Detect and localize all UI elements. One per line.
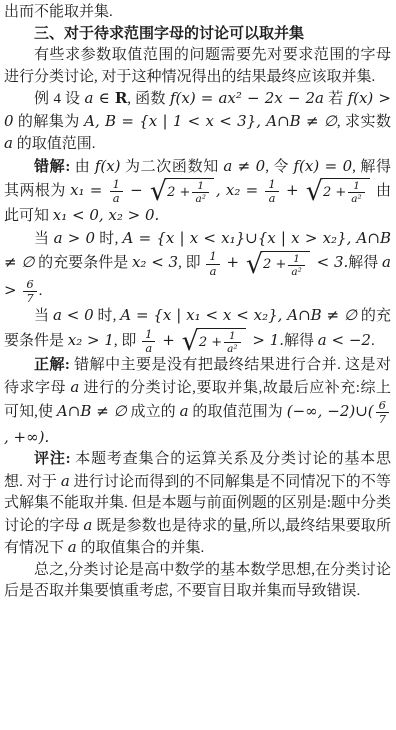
fraction: 67 bbox=[376, 399, 389, 426]
math-text: 2 + bbox=[323, 182, 346, 204]
body-text: 三、对于待求范围字母的讨论可以取并集 bbox=[34, 26, 304, 42]
body-text: 总之,分类讨论是高中数学的基本数学思想,在分类讨论后是否取并集要慎重考虑, 不要… bbox=[4, 562, 391, 600]
fraction: 67 bbox=[23, 278, 36, 305]
case-a-positive-paragraph: 当 a > 0 时, A = {x | x < x₁}∪{x | x > x₂}… bbox=[4, 228, 391, 305]
example-paragraph: 例 4 设 a ∈ R, 函数 f(x) = ax² − 2x − 2a 若 f… bbox=[4, 88, 391, 156]
body-text: 时, bbox=[95, 231, 123, 247]
math-text: f(x) bbox=[95, 157, 121, 175]
body-text: , 即 bbox=[178, 256, 204, 272]
math-text: , +∞). bbox=[4, 428, 49, 446]
correct-solution-paragraph: 正解: 错解中主要是没有把最终结果进行合并. 这是对待求字母 a 进行的分类讨论… bbox=[4, 355, 391, 449]
sqrt-expression: √2 + 1a² bbox=[182, 328, 246, 355]
body-text: 出而不能取并集. bbox=[4, 4, 113, 20]
fraction-denominator: 7 bbox=[376, 413, 389, 426]
math-text: x₁ < 0, x₂ > 0. bbox=[53, 206, 160, 224]
fraction: 1a² bbox=[348, 180, 364, 205]
math-text: < 3. bbox=[312, 254, 348, 272]
math-text: x₂ > 1 bbox=[68, 331, 114, 349]
body-text: . bbox=[39, 283, 43, 299]
body-text: 的取值范围为 bbox=[189, 404, 287, 420]
fraction-numerator: 1 bbox=[288, 253, 304, 266]
body-text: . bbox=[371, 333, 375, 349]
body-text: 解得 bbox=[348, 256, 382, 272]
bold-label: 错解: bbox=[34, 159, 70, 175]
math-text: x₂ < 3 bbox=[132, 254, 178, 272]
math-text: 2 + bbox=[167, 182, 190, 204]
body-text: 成立的 bbox=[127, 404, 180, 420]
fraction-denominator: a bbox=[110, 192, 123, 205]
math-text: a bbox=[68, 538, 77, 556]
body-text: , 函数 bbox=[127, 91, 170, 107]
bold-label: 正解: bbox=[34, 357, 70, 373]
math-text: + bbox=[157, 331, 179, 349]
math-text: + bbox=[222, 254, 244, 272]
sqrt-expression: √2 + 1a² bbox=[306, 178, 370, 205]
fraction: 1a bbox=[265, 178, 278, 205]
case-a-negative-paragraph: 当 a < 0 时, A = {x | x₁ < x < x₂}, A∩B ≠ … bbox=[4, 305, 391, 355]
fraction-numerator: 1 bbox=[110, 178, 123, 192]
math-text: a bbox=[70, 378, 79, 396]
body-text: 为二次函数知 bbox=[121, 159, 224, 175]
document-page: 出而不能取并集.三、对于待求范围字母的讨论可以取并集有些求参数取值范围的问题需要… bbox=[0, 0, 396, 730]
summary-paragraph: 总之,分类讨论是高中数学的基本数学思想,在分类讨论后是否取并集要慎重考虑, 不要… bbox=[4, 560, 391, 603]
radicand: 2 + 1a² bbox=[197, 328, 246, 355]
fraction-denominator: 7 bbox=[23, 292, 36, 305]
body-text: 的解集为 bbox=[14, 114, 85, 130]
math-text: A, B = {x | 1 < x < 3}, A∩B ≠ ∅ bbox=[84, 112, 337, 130]
fraction-denominator: a bbox=[206, 265, 219, 278]
math-text: R bbox=[115, 89, 127, 107]
intro-paragraph: 有些求参数取值范围的问题需要先对要求范围的字母进行分类讨论, 对于这种情况得出的… bbox=[4, 45, 391, 88]
body-text: , 即 bbox=[114, 333, 140, 349]
math-text: a < −2 bbox=[318, 331, 371, 349]
bold-label: 评注: bbox=[34, 451, 71, 467]
fraction: 1a² bbox=[192, 180, 208, 205]
math-text: + bbox=[281, 181, 304, 199]
radicand: 2 + 1a² bbox=[261, 251, 310, 278]
math-text: x₁ = bbox=[70, 181, 108, 199]
math-text: > 1. bbox=[248, 331, 284, 349]
fraction-numerator: 1 bbox=[142, 328, 155, 342]
math-text: A = {x | x₁ < x < x₂}, A∩B ≠ ∅ bbox=[120, 306, 357, 324]
fraction-denominator: a² bbox=[192, 193, 208, 205]
math-text: a ≠ 0 bbox=[223, 157, 265, 175]
math-text: a bbox=[61, 472, 70, 490]
math-text: 2 + bbox=[263, 254, 286, 276]
body-text: 有些求参数取值范围的问题需要先对要求范围的字母进行分类讨论, 对于这种情况得出的… bbox=[4, 47, 391, 85]
wrong-solution-paragraph: 错解: 由 f(x) 为二次函数知 a ≠ 0, 令 f(x) = 0, 解得其… bbox=[4, 156, 391, 228]
fraction: 1a bbox=[206, 250, 219, 277]
sqrt-expression: √2 + 1a² bbox=[150, 178, 214, 205]
fraction-denominator: a bbox=[265, 192, 278, 205]
body-text: 由 bbox=[70, 159, 94, 175]
fraction: 1a bbox=[110, 178, 123, 205]
math-text: a ∈ bbox=[85, 89, 115, 107]
fraction-numerator: 1 bbox=[206, 250, 219, 264]
sqrt-expression: √2 + 1a² bbox=[246, 251, 310, 278]
math-text: 2 + bbox=[199, 332, 222, 354]
fraction-numerator: 1 bbox=[224, 330, 240, 343]
math-text: A∩B ≠ ∅ bbox=[57, 402, 127, 420]
fraction-numerator: 6 bbox=[23, 278, 36, 292]
remark-paragraph: 评注: 本题考查集合的运算关系及分类讨论的基本思想. 对于 a 进行讨论而得到的… bbox=[4, 449, 391, 560]
math-text: − bbox=[125, 181, 148, 199]
body-text: , 令 bbox=[265, 159, 293, 175]
math-text: (−∞, −2)∪( bbox=[287, 402, 374, 420]
fraction-numerator: 1 bbox=[192, 180, 208, 193]
body-text: 若 bbox=[324, 91, 348, 107]
body-text: , 求实数 bbox=[337, 114, 391, 130]
fraction-numerator: 6 bbox=[376, 399, 389, 413]
paragraph-continuation: 出而不能取并集. bbox=[4, 2, 391, 24]
radicand: 2 + 1a² bbox=[321, 178, 370, 205]
body-text: 当 bbox=[34, 231, 54, 247]
math-text: , x₂ = bbox=[216, 181, 264, 199]
body-text: 的取值集合的并集. bbox=[77, 540, 205, 556]
fraction-denominator: a² bbox=[224, 343, 240, 355]
body-text: 的取值范围. bbox=[13, 136, 96, 152]
body-text: 的充要条件是 bbox=[34, 256, 132, 272]
fraction-numerator: 1 bbox=[265, 178, 278, 192]
body-text: 解得 bbox=[284, 333, 318, 349]
section-heading: 三、对于待求范围字母的讨论可以取并集 bbox=[4, 24, 391, 46]
fraction-denominator: a bbox=[142, 342, 155, 355]
math-text: a > 0 bbox=[54, 229, 95, 247]
fraction: 1a² bbox=[224, 330, 240, 355]
math-text: a bbox=[4, 134, 13, 152]
body-text: 时, bbox=[94, 308, 121, 324]
math-text: f(x) = ax² − 2x − 2a bbox=[170, 89, 324, 107]
body-text: 当 bbox=[34, 308, 53, 324]
fraction-denominator: a² bbox=[288, 266, 304, 278]
fraction: 1a bbox=[142, 328, 155, 355]
fraction-numerator: 1 bbox=[348, 180, 364, 193]
math-text: a < 0 bbox=[53, 306, 94, 324]
radicand: 2 + 1a² bbox=[165, 178, 214, 205]
fraction: 1a² bbox=[288, 253, 304, 278]
body-text: 例 4 设 bbox=[34, 91, 85, 107]
math-text: f(x) = 0 bbox=[293, 157, 352, 175]
math-text: a bbox=[180, 402, 189, 420]
fraction-denominator: a² bbox=[348, 193, 364, 205]
